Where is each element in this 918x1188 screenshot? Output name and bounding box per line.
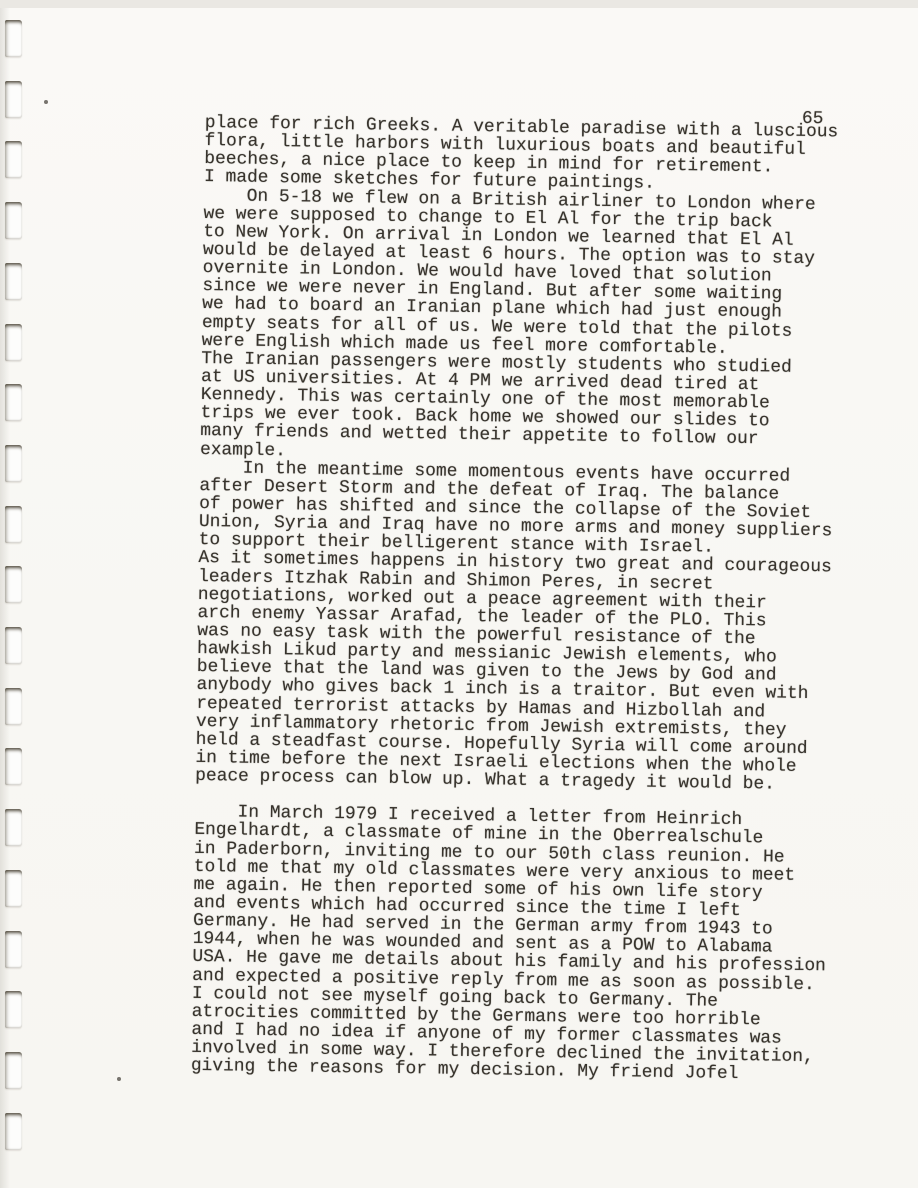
binding-hole <box>5 627 22 664</box>
text-lines: place for rich Greeks. A veritable parad… <box>191 114 867 1085</box>
binding-hole <box>5 1113 22 1150</box>
binding-hole <box>5 688 22 725</box>
binding-hole <box>5 263 22 300</box>
scanned-page: 65 place for rich Greeks. A veritable pa… <box>0 0 918 1188</box>
binding-hole <box>5 202 22 239</box>
binding-hole <box>5 931 22 968</box>
binding-hole <box>5 384 22 421</box>
scanner-margin <box>0 0 918 8</box>
binding-hole <box>5 566 22 603</box>
binding-hole <box>5 991 22 1028</box>
binding-hole <box>5 81 22 118</box>
binding-hole <box>5 141 22 178</box>
binding-hole <box>5 809 22 846</box>
binding-hole <box>5 20 22 57</box>
binding-hole <box>5 748 22 785</box>
paper-speck <box>117 1077 121 1081</box>
binding-hole <box>5 324 22 361</box>
binding-hole <box>5 445 22 482</box>
binding-hole <box>5 1052 22 1089</box>
page-number: 65 <box>802 110 824 128</box>
binding-hole <box>5 870 22 907</box>
binding-hole <box>5 506 22 543</box>
typewritten-text: 65 place for rich Greeks. A veritable pa… <box>191 114 867 1085</box>
paper-speck <box>44 100 48 104</box>
